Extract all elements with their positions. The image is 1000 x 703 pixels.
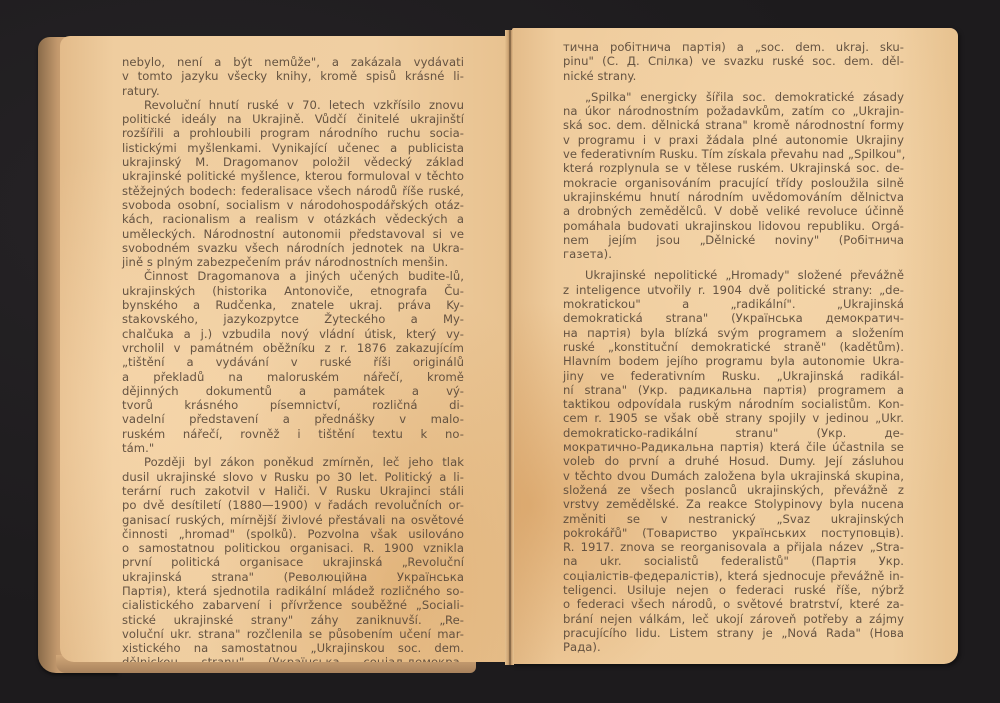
text-line: mokracie organisováním pracující třídy p… [563,176,904,190]
text-line: v programu i v praxi žádala plné autonom… [563,133,904,147]
text-line: na ukr. socialistů federalistů" (Партія … [563,554,904,568]
text-line: uměleckých. Národnostní autonomii předst… [122,227,464,241]
text-line: мократично-Радикальна партія) která čile… [563,440,904,454]
text-line: a překladů na maloruském nářečí, kromě [122,370,464,384]
text-line: po dvě desítiletí (1880—1900) v řadách r… [122,498,464,512]
text-line: Činnost Dragomanova a jiných učených bud… [122,269,464,283]
text-line: Hlavním bodem jejího programu byla auton… [563,354,904,368]
text-line: dusil ukrajinské slovo v Rusku po 30 let… [122,470,464,484]
text-line: ní strana" (Укр. радикальна партія) prog… [563,383,904,397]
text-line: mokratickou" a „radikální". „Ukrajinská [563,297,904,311]
text-line: Партія), která sjednotila radikální mlád… [122,584,464,598]
text-line: taktikou odpovídala ruským národním soci… [563,397,904,411]
text-line: o samostatnou politickou organisaci. R. … [122,541,464,555]
text-line: v tomto jazyku všecky knihy, kromě spisů… [122,69,464,83]
text-line: ratury. [122,84,464,98]
text-line: listickými myšlenkami. Vynikající učenec… [122,141,464,155]
text-line: cialistického zabarvení i přívržence sou… [122,598,464,612]
text-line: demokratická strana" (Українська демокра… [563,311,904,325]
text-line: на партія) byla blízká svým programem a … [563,326,904,340]
text-line: v těchto dvou Dumách založena byla ukraj… [563,469,904,483]
text-line: z inteligence utvořily r. 1904 dvě polit… [563,283,904,297]
text-line: chalčuka a j.) vzbudila nový vládní útis… [122,327,464,341]
text-line: газета). [563,247,904,261]
text-line: Рада). [563,640,904,654]
text-line: pinu" (С. Д. Спілка) ve svazku ruské soc… [563,54,904,68]
text-line: složená ze všech poslanců ukrajinských, … [563,483,904,497]
text-line: ukrajinský M. Dragomanov položil vědecký… [122,155,464,169]
right-page-text: тична робітнича партія) a „soc. dem. ukr… [563,40,904,654]
text-line: Později byl zákon poněkud zmírněn, leč j… [122,455,464,469]
text-line: vrstvy zemědělské. Za reakce Stolypinovy… [563,497,904,511]
text-line: první politická organisace ukrajinská „R… [122,555,464,569]
book-gutter [505,30,514,665]
text-line: R. 1917. znova se reorganisovala a přija… [563,540,904,554]
text-line: svobodném svazku všech národních jednote… [122,241,464,255]
text-line: voluční ukr. strana" rozčlenila se působ… [122,627,464,641]
text-line: ukrajinská strana" (Революційна Українсь… [122,570,464,584]
text-line: demokraticko-radikální stranu" (Укр. де- [563,426,904,440]
text-line: stěžejných bodech: federalisace všech ná… [122,184,464,198]
text-line: kách, racionalism a realism v otázkách v… [122,212,464,226]
text-line: tvorů krásného písemnictví, rozličná di- [122,398,464,412]
text-line: соціалістів-федералістів), která sjednoc… [563,569,904,583]
text-line: nebylo, není a být nemůže", a zakázala v… [122,55,464,69]
text-line: a drobných zemědělců. V době veliké revo… [563,204,904,218]
text-line: teligenci. Usiluje nejen o federaci rusk… [563,583,904,597]
text-line: voleb do první a druhé Hosud. Dumy. Její… [563,454,904,468]
text-line: rozšířili a prohloubili program národníh… [122,126,464,140]
text-line: terární ruch zakotvil v Haliči. V Rusku … [122,484,464,498]
text-line: stické ukrajinské strany" záhy zaniknuvš… [122,613,464,627]
text-line: ve federativním Rusku. Tím získala převa… [563,147,904,161]
text-line: bynského a Rudčenka, znatele ukraj. práv… [122,298,464,312]
text-line: svoboda osobní, socialism v národohospod… [122,198,464,212]
text-line: o federaci všech národů, o světové bratr… [563,597,904,611]
text-line: vrcholil v památném oběžníku z r. 1876 z… [122,341,464,355]
text-line: Ukrajinské nepolitické „Hromady" složené… [563,268,904,282]
text-line: jině s plným zabezpečením práv národnost… [122,255,464,269]
text-line: „Spilka" energicky šířila soc. demokrati… [563,90,904,104]
text-line: nem jejím jsou „Dělnické noviny" (Робітн… [563,233,904,247]
left-page-text: nebylo, není a být nemůže", a zakázala v… [122,55,464,662]
text-line: тична робітнича партія) a „soc. dem. ukr… [563,40,904,54]
text-line: politické ideály na Ukrajině. Vůdčí čini… [122,112,464,126]
text-line: vadelní představení a přednášky v malo- [122,412,464,426]
text-line: „tištění a vydávání v ruské říši originá… [122,355,464,369]
text-line: Revoluční hnutí ruské v 70. letech vzkří… [122,98,464,112]
text-line: tám." [122,441,464,455]
text-line: ská soc. dem. dělnická strana" kromě nár… [563,118,904,132]
text-line: dějinných dokumentů a památek a vý- [122,384,464,398]
text-line: ruském nářečí, rovněž i tištění textu k … [122,427,464,441]
text-line: pomáhala budovati ukrajinskou lidovou re… [563,219,904,233]
text-line: jiny ve federativním Rusku. „Ukrajinská … [563,369,904,383]
text-line: která rozplynula se v tělese ruském. Ukr… [563,161,904,175]
text-line: ukrajinských (historika Antonoviče, etno… [122,284,464,298]
text-line: dělnickou stranu" (Українська соціал-дем… [122,655,464,662]
text-line: změniti se v nestranický „Svaz ukrajinsk… [563,512,904,526]
text-line: cem r. 1905 se však obě strany spojily v… [563,411,904,425]
text-line: ukrajinskému hnutí národním uvědomováním… [563,190,904,204]
text-line: ukrajinské politické myšlence, kterou fo… [122,169,464,183]
text-line: nické strany. [563,69,904,83]
text-line: ganisací ruských, mírnější živlové přest… [122,513,464,527]
right-page: тична робітнича партія) a „soc. dem. ukr… [512,28,958,664]
text-line: stakovského, jazykozpytce Žyteckého a My… [122,312,464,326]
text-line: činnosti „hromad" (spolků). Pozvolna vša… [122,527,464,541]
text-line: na úkor národnostním požadavkům, zatím c… [563,104,904,118]
left-page: nebylo, není a být nemůže", a zakázala v… [60,36,508,662]
text-line: xistického na samostatnou „Ukrajinskou s… [122,641,464,655]
text-line: pokrokářů" (Товариство українських посту… [563,526,904,540]
text-line: pracujícího lidu. Listem strany je „Nová… [563,626,904,640]
text-line: brání nejen válkám, leč ukojí zároveň po… [563,612,904,626]
text-line: ruské „konstituční demokratické straně" … [563,340,904,354]
